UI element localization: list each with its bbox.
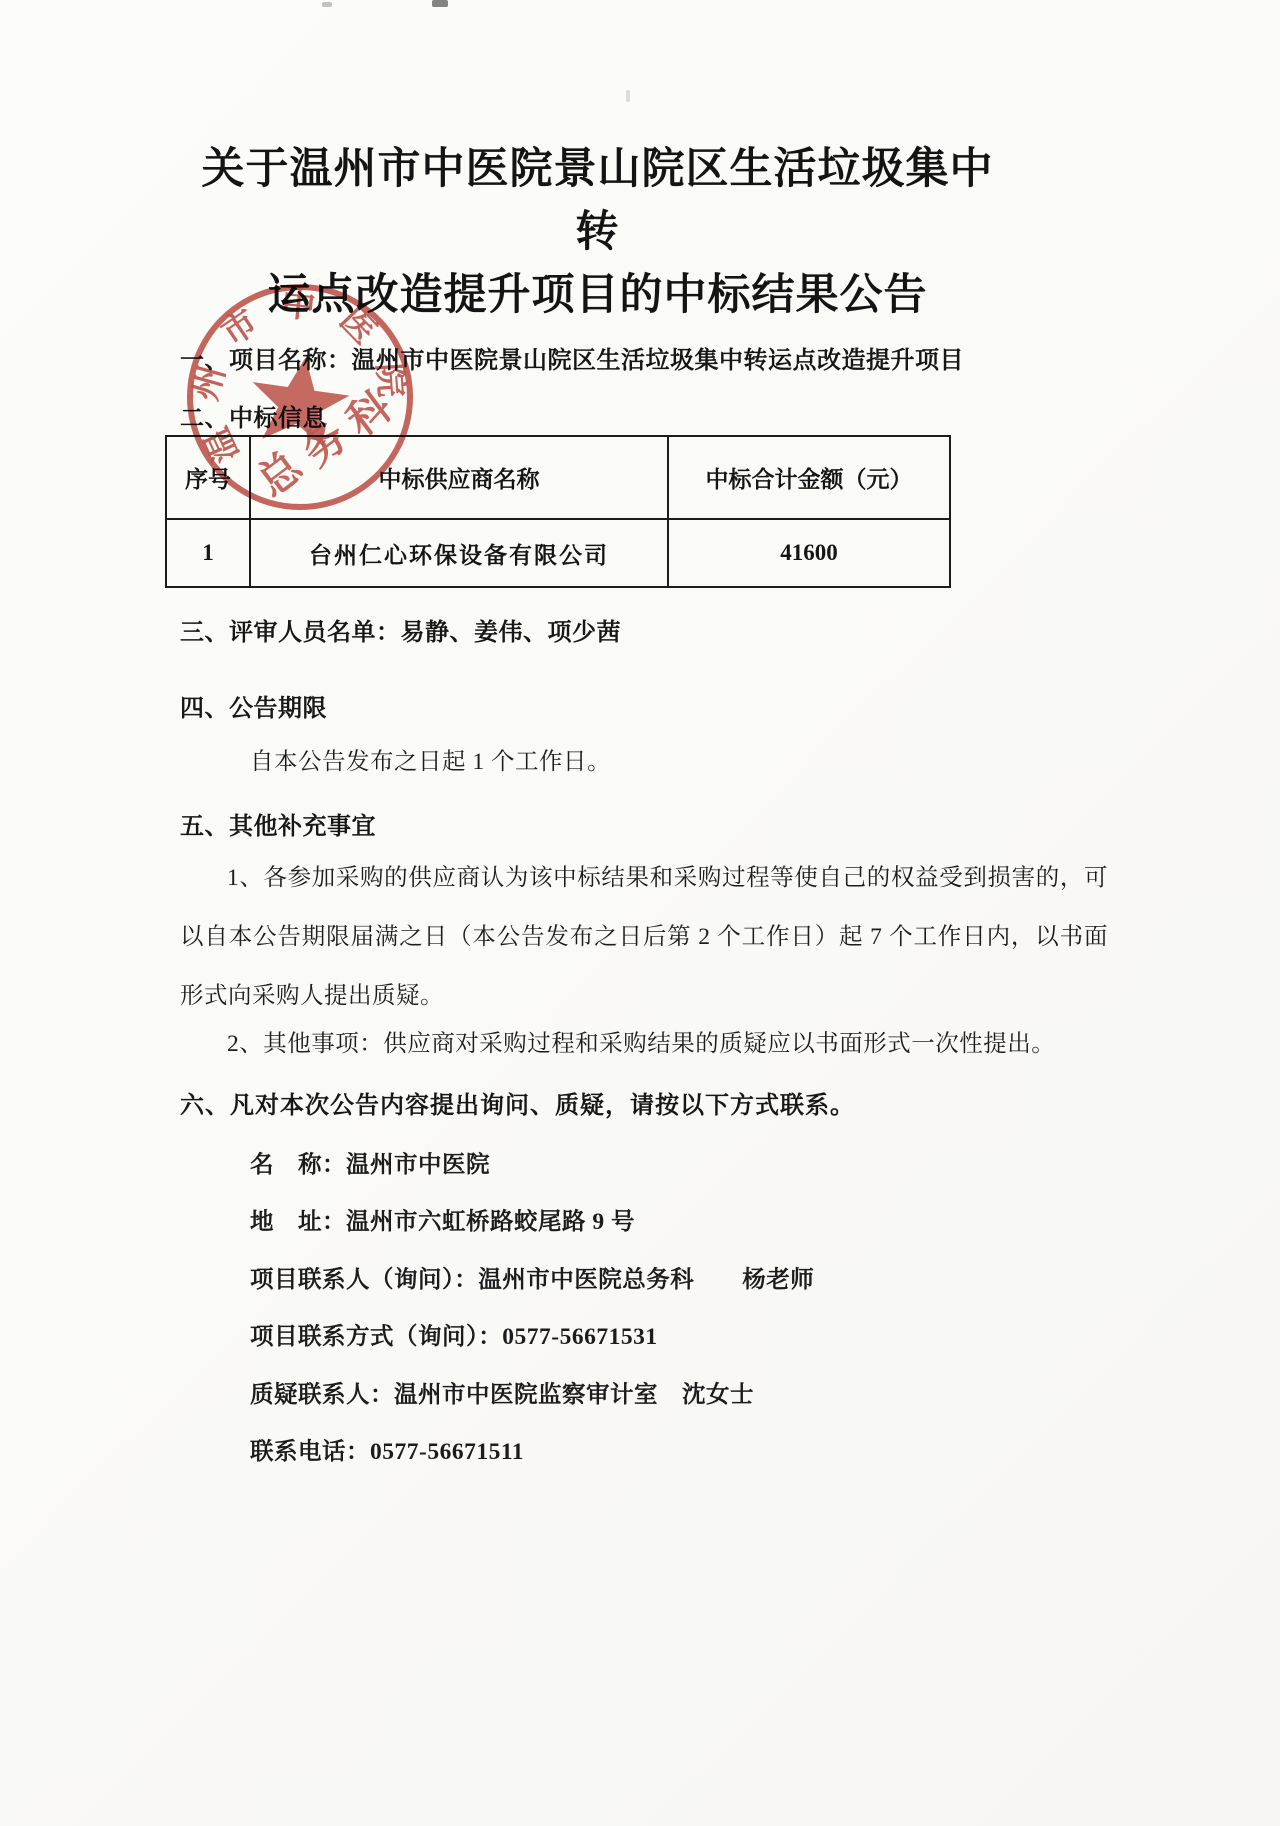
scan-artifact	[432, 0, 448, 7]
announcement-page: 关于温州市中医院景山院区生活垃圾集中转 运点改造提升项目的中标结果公告 一、项目…	[0, 0, 1280, 1826]
header-serial-no: 序号	[166, 436, 250, 519]
table-header-row: 序号 中标供应商名称 中标合计金额（元）	[166, 436, 950, 519]
section-contact-heading: 六、凡对本次公告内容提出询问、质疑，请按以下方式联系。	[180, 1085, 1110, 1120]
scan-artifact	[626, 90, 630, 102]
cell-serial-no: 1	[166, 519, 250, 587]
scan-artifact	[322, 2, 332, 7]
title-line-2: 运点改造提升项目的中标结果公告	[180, 264, 1015, 327]
page-title: 关于温州市中医院景山院区生活垃圾集中转 运点改造提升项目的中标结果公告	[180, 138, 1110, 327]
section-bid-info-heading: 二、中标信息	[180, 398, 1110, 433]
supplementary-item-2: 2、其他事项：供应商对采购过程和采购结果的质疑应以书面形式一次性提出。	[180, 1024, 1108, 1058]
notice-period-body: 自本公告发布之日起 1 个工作日。	[180, 742, 1108, 776]
bid-result-table: 序号 中标供应商名称 中标合计金额（元） 1 台州仁心环保设备有限公司 4160…	[165, 435, 951, 588]
section-notice-period-heading: 四、公告期限	[180, 688, 1110, 723]
table-row: 1 台州仁心环保设备有限公司 41600	[166, 519, 950, 587]
section-project-name: 一、项目名称：温州市中医院景山院区生活垃圾集中转运点改造提升项目	[180, 340, 1110, 375]
cell-total-amount: 41600	[668, 519, 950, 587]
section-supplementary-heading: 五、其他补充事宜	[180, 806, 1110, 841]
contact-challenge-person: 质疑联系人：温州市中医院监察审计室 沈女士	[250, 1363, 1108, 1421]
contact-address: 地 址：温州市六虹桥路蛟尾路 9 号	[250, 1191, 1108, 1249]
contact-phone: 联系电话：0577-56671511	[250, 1421, 1108, 1479]
contact-block: 名 称：温州市中医院 地 址：温州市六虹桥路蛟尾路 9 号 项目联系人（询问）：…	[180, 1133, 1108, 1478]
section-review-panel: 三、评审人员名单：易静、姜伟、项少茜	[180, 612, 1110, 647]
header-supplier-name: 中标供应商名称	[250, 436, 668, 519]
cell-supplier-name: 台州仁心环保设备有限公司	[250, 519, 668, 587]
header-total-amount: 中标合计金额（元）	[668, 436, 950, 519]
contact-project-phone: 项目联系方式（询问）：0577-56671531	[250, 1306, 1108, 1364]
supplementary-item-1: 1、各参加采购的供应商认为该中标结果和采购过程等使自己的权益受到损害的，可以自本…	[180, 849, 1108, 1026]
contact-name: 名 称：温州市中医院	[250, 1133, 1108, 1191]
title-line-1: 关于温州市中医院景山院区生活垃圾集中转	[180, 138, 1015, 264]
contact-project-person: 项目联系人（询问）：温州市中医院总务科 杨老师	[250, 1248, 1108, 1306]
